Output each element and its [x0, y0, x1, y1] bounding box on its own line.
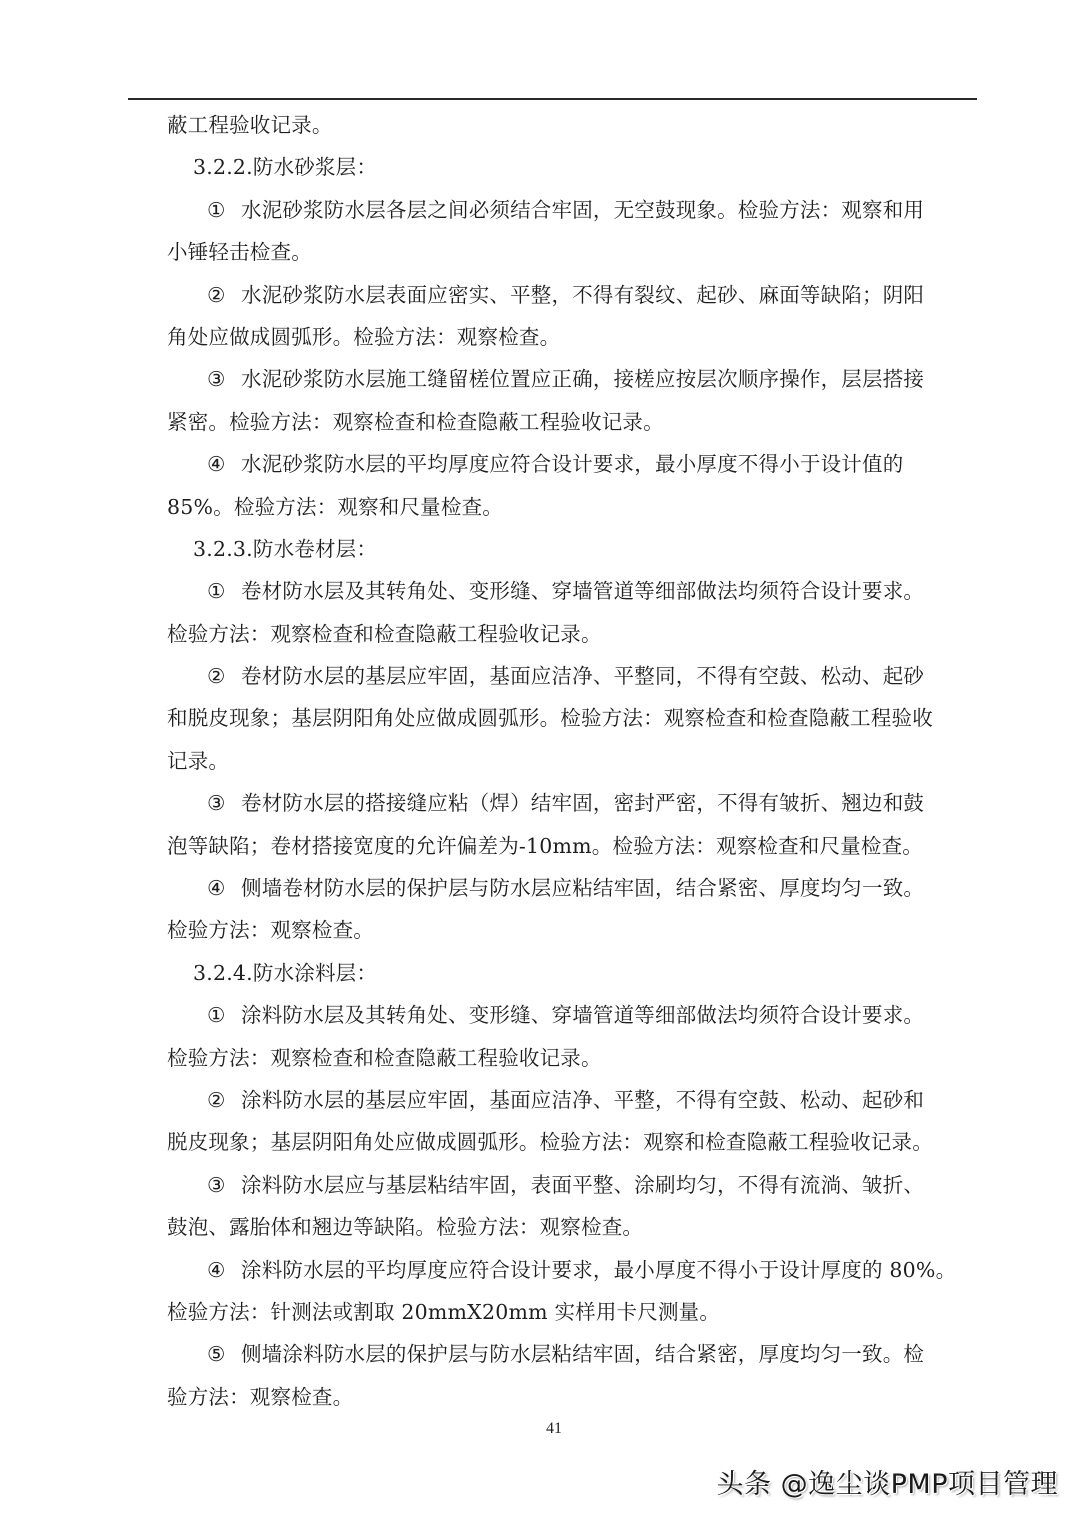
- list-item: ④侧墙卷材防水层的保护层与防水层应粘结牢固，结合紧密、厚度均匀一致。: [167, 867, 977, 909]
- section-heading-3-2-4: 3.2.4.防水涂料层：: [167, 952, 977, 994]
- page-number: 41: [0, 1420, 1080, 1438]
- document-body: 蔽工程验收记录。 3.2.2.防水砂浆层： ①水泥砂浆防水层各层之间必须结合牢固…: [167, 104, 977, 1418]
- item-marker: ②: [207, 655, 241, 697]
- item-marker: ③: [207, 1164, 241, 1206]
- text-line: 紧密。检验方法：观察检查和检查隐蔽工程验收记录。: [167, 401, 977, 443]
- item-marker: ①: [207, 570, 241, 612]
- item-marker: ③: [207, 782, 241, 824]
- text-line: 脱皮现象；基层阴阳角处应做成圆弧形。检验方法：观察和检查隐蔽工程验收记录。: [167, 1121, 977, 1163]
- text-line: 蔽工程验收记录。: [167, 104, 977, 146]
- text-line: 检验方法：观察检查。: [167, 909, 977, 951]
- text-line: 检验方法：针测法或割取 20mmX20mm 实样用卡尺测量。: [167, 1291, 977, 1333]
- text-line: 角处应做成圆弧形。检验方法：观察检查。: [167, 316, 977, 358]
- list-item: ①涂料防水层及其转角处、变形缝、穿墙管道等细部做法均须符合设计要求。: [167, 994, 977, 1036]
- item-marker: ④: [207, 867, 241, 909]
- header-rule: [128, 98, 977, 100]
- item-text: 水泥砂浆防水层的平均厚度应符合设计要求，最小厚度不得小于设计值的: [241, 452, 903, 476]
- item-text: 水泥砂浆防水层施工缝留槎位置应正确，接槎应按层次顺序操作，层层搭接: [241, 367, 924, 391]
- item-marker: ④: [207, 443, 241, 485]
- item-marker: ④: [207, 1249, 241, 1291]
- text-line: 小锤轻击检查。: [167, 231, 977, 273]
- list-item: ③涂料防水层应与基层粘结牢固，表面平整、涂刷均匀，不得有流淌、皱折、: [167, 1164, 977, 1206]
- text-line: 验方法：观察检查。: [167, 1376, 977, 1418]
- list-item: ①卷材防水层及其转角处、变形缝、穿墙管道等细部做法均须符合设计要求。: [167, 570, 977, 612]
- item-text: 涂料防水层应与基层粘结牢固，表面平整、涂刷均匀，不得有流淌、皱折、: [241, 1173, 924, 1197]
- item-marker: ①: [207, 189, 241, 231]
- list-item: ①水泥砂浆防水层各层之间必须结合牢固，无空鼓现象。检验方法：观察和用: [167, 189, 977, 231]
- item-text: 涂料防水层的基层应牢固，基面应洁净、平整，不得有空鼓、松动、起砂和: [241, 1088, 924, 1112]
- list-item: ②卷材防水层的基层应牢固，基面应洁净、平整同，不得有空鼓、松动、起砂: [167, 655, 977, 697]
- item-text: 卷材防水层的搭接缝应粘（焊）结牢固，密封严密，不得有皱折、翘边和鼓: [241, 791, 924, 815]
- list-item: ②水泥砂浆防水层表面应密实、平整，不得有裂纹、起砂、麻面等缺陷；阴阳: [167, 274, 977, 316]
- text-line: 鼓泡、露胎体和翘边等缺陷。检验方法：观察检查。: [167, 1206, 977, 1248]
- text-line: 记录。: [167, 740, 977, 782]
- text-line: 检验方法：观察检查和检查隐蔽工程验收记录。: [167, 1037, 977, 1079]
- list-item: ③卷材防水层的搭接缝应粘（焊）结牢固，密封严密，不得有皱折、翘边和鼓: [167, 782, 977, 824]
- item-marker: ③: [207, 358, 241, 400]
- list-item: ④水泥砂浆防水层的平均厚度应符合设计要求，最小厚度不得小于设计值的: [167, 443, 977, 485]
- item-marker: ②: [207, 1079, 241, 1121]
- item-marker: ②: [207, 274, 241, 316]
- source-watermark: 头条 @逸尘谈PMP项目管理: [717, 1462, 1058, 1501]
- item-text: 侧墙涂料防水层的保护层与防水层粘结牢固，结合紧密，厚度均匀一致。检: [241, 1342, 924, 1366]
- section-heading-3-2-3: 3.2.3.防水卷材层：: [167, 528, 977, 570]
- text-line: 泡等缺陷；卷材搭接宽度的允许偏差为-10mm。检验方法：观察检查和尺量检查。: [167, 825, 977, 867]
- item-marker: ①: [207, 994, 241, 1036]
- text-line: 检验方法：观察检查和检查隐蔽工程验收记录。: [167, 613, 977, 655]
- item-text: 水泥砂浆防水层表面应密实、平整，不得有裂纹、起砂、麻面等缺陷；阴阳: [241, 283, 924, 307]
- item-marker: ⑤: [207, 1333, 241, 1375]
- item-text: 卷材防水层的基层应牢固，基面应洁净、平整同，不得有空鼓、松动、起砂: [241, 664, 924, 688]
- item-text: 水泥砂浆防水层各层之间必须结合牢固，无空鼓现象。检验方法：观察和用: [241, 198, 924, 222]
- section-heading-3-2-2: 3.2.2.防水砂浆层：: [167, 146, 977, 188]
- item-text: 涂料防水层及其转角处、变形缝、穿墙管道等细部做法均须符合设计要求。: [241, 1003, 924, 1027]
- text-line: 85%。检验方法：观察和尺量检查。: [167, 486, 977, 528]
- item-text: 卷材防水层及其转角处、变形缝、穿墙管道等细部做法均须符合设计要求。: [241, 579, 924, 603]
- list-item: ③水泥砂浆防水层施工缝留槎位置应正确，接槎应按层次顺序操作，层层搭接: [167, 358, 977, 400]
- item-text: 涂料防水层的平均厚度应符合设计要求，最小厚度不得小于设计厚度的 80%。: [241, 1258, 956, 1282]
- text-line: 和脱皮现象；基层阴阳角处应做成圆弧形。检验方法：观察检查和检查隐蔽工程验收: [167, 697, 977, 739]
- list-item: ②涂料防水层的基层应牢固，基面应洁净、平整，不得有空鼓、松动、起砂和: [167, 1079, 977, 1121]
- list-item: ⑤侧墙涂料防水层的保护层与防水层粘结牢固，结合紧密，厚度均匀一致。检: [167, 1333, 977, 1375]
- item-text: 侧墙卷材防水层的保护层与防水层应粘结牢固，结合紧密、厚度均匀一致。: [241, 876, 924, 900]
- list-item: ④涂料防水层的平均厚度应符合设计要求，最小厚度不得小于设计厚度的 80%。: [167, 1249, 977, 1291]
